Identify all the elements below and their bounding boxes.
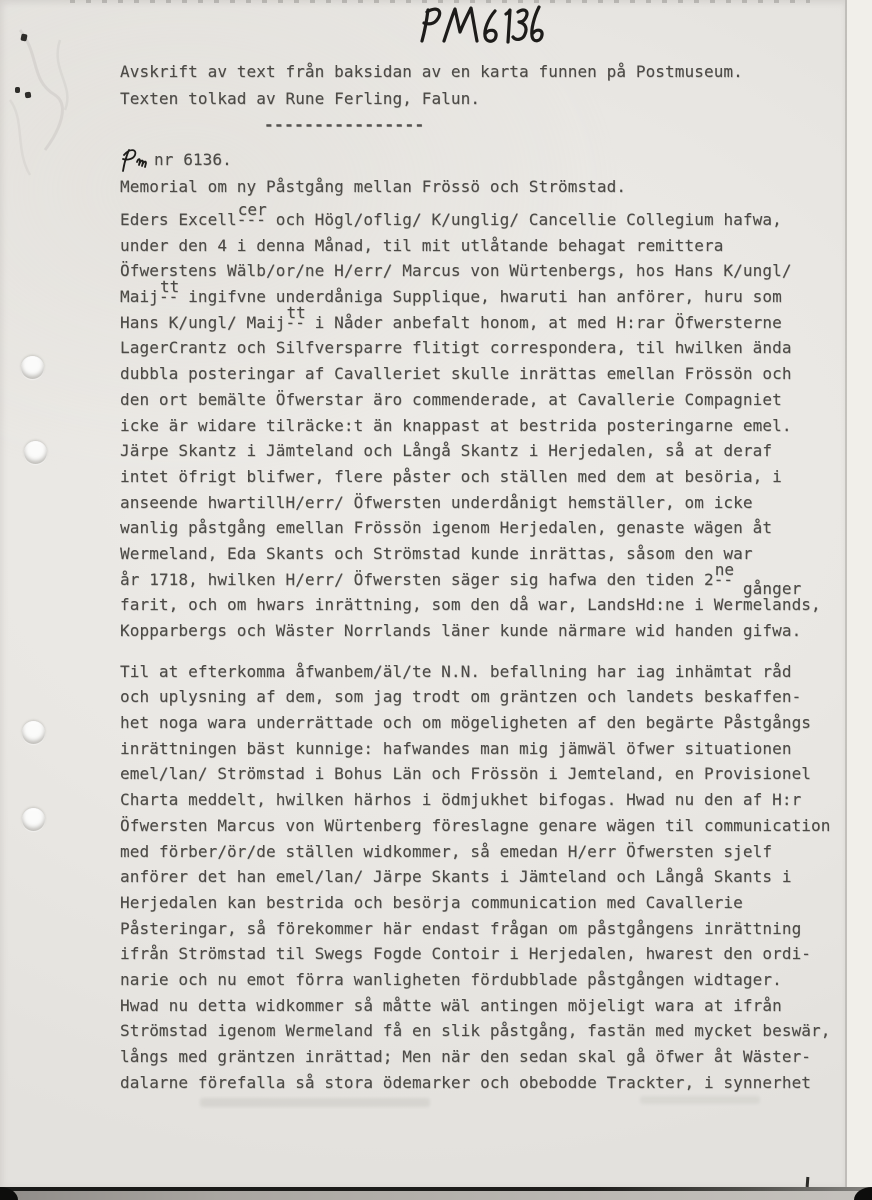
punch-hole [22, 721, 45, 744]
typewritten-line: under den 4 i denna Månad, til mit utlåt… [120, 233, 860, 259]
typewritten-line: Järpe Skantz i Jämteland och Långå Skant… [120, 438, 860, 464]
punch-hole [22, 808, 45, 831]
ghost-text-smudge [640, 1096, 760, 1104]
typewritten-line: med förber/ör/de ställen widkommer, så e… [120, 839, 860, 865]
typewritten-line: anseende hwartillH/err/ Öfwersten underd… [120, 490, 860, 516]
scanned-document-page: Avskrift av text från baksidan av en kar… [0, 0, 872, 1200]
intro-line-1: Avskrift av text från baksidan av en kar… [120, 62, 743, 81]
typewritten-line: år 1718, hwilken H/err/ Öfwersten säger … [120, 567, 860, 593]
ghost-text-smudge [200, 1098, 430, 1107]
typewritten-line: Maij--tt ingifvne underdåniga Supplique,… [120, 284, 860, 310]
staple-mark [15, 87, 20, 93]
handwritten-pm-number [413, 3, 547, 47]
intro-line-2: Texten tolkad av Rune Ferling, Falun. [120, 89, 480, 108]
typewritten-line: Eders Excell---cer och Högl/oflig/ K/ung… [120, 207, 860, 233]
paragraph: Eders Excell---cer och Högl/oflig/ K/ung… [120, 207, 860, 644]
typewritten-line: Charta meddelt, hwilken härhos i ödmjukh… [120, 787, 860, 813]
crease-marks [0, 0, 140, 220]
superscript-abbreviation: --tt [285, 310, 304, 336]
document-body: Eders Excell---cer och Högl/oflig/ K/ung… [120, 207, 860, 1095]
separator-dashes: ---------------- [264, 115, 425, 134]
typewritten-line: Hans K/ungl/ Maij--tt i Nåder anbefalt h… [120, 310, 860, 336]
typewritten-line: Kopparbergs och Wäster Norrlands läner k… [120, 618, 860, 644]
typewritten-line: anförer det han emel/lan/ Järpe Skants i… [120, 864, 860, 890]
typewritten-line: intet öfrigt blifwer, flere påster och s… [120, 464, 860, 490]
pm-number-label: nr 6136. [154, 150, 232, 169]
typewritten-line: Påsteringar, så förekommer här endast fr… [120, 916, 860, 942]
typewritten-line: den ort bemälte Öfwerstar äro commendera… [120, 387, 860, 413]
scanner-background-bottom [0, 1191, 872, 1200]
typewritten-line: dalarne förefalla så stora ödemarker och… [120, 1070, 860, 1096]
staple-mark [25, 92, 32, 99]
typewritten-line: Wermeland, Eda Skants och Strömstad kund… [120, 541, 860, 567]
paragraph: Til at efterkomma åfwanbem/äl/te N.N. be… [120, 659, 860, 1096]
typewritten-line: LagerCrantz och Silfversparre flitigt co… [120, 335, 860, 361]
typewritten-line: dubbla posteringar af Cavalleriet skulle… [120, 361, 860, 387]
typewritten-line: narie och nu emot förra wanligheten förd… [120, 967, 860, 993]
typewritten-line: Öfwerstens Wälb/or/ne H/err/ Marcus von … [120, 258, 860, 284]
typewritten-line: Herjedalen kan bestrida och besörja comm… [120, 890, 860, 916]
typewritten-line: Strömstad igenom Wermeland få en slik på… [120, 1018, 860, 1044]
typewritten-line: wanlig påstgång emellan Frössön igenom H… [120, 515, 860, 541]
typewritten-line: Öfwersten Marcus von Würtenberg föreslag… [120, 813, 860, 839]
typewritten-line: emel/lan/ Strömstad i Bohus Län och Frös… [120, 761, 860, 787]
typewritten-line: långs med gräntzen inrättad; Men när den… [120, 1044, 860, 1070]
typewritten-line: ifrån Strömstad til Swegs Fogde Contoir … [120, 941, 860, 967]
punch-hole [21, 356, 44, 379]
dropped-word: gånger [733, 579, 801, 598]
typewritten-line: Til at efterkomma åfwanbem/äl/te N.N. be… [120, 659, 860, 685]
typewritten-line: het noga wara underrättade och om mögeli… [120, 710, 860, 736]
superscript-abbreviation: --ne [714, 567, 733, 593]
typewritten-line: Hwad nu detta widkommer så måtte wäl ant… [120, 993, 860, 1019]
typewritten-line: inrättningen bäst kunnige: hafwandes man… [120, 736, 860, 762]
superscript-abbreviation: --tt [159, 284, 178, 310]
typewritten-line: icke är widare tilräcke:t än knappast at… [120, 413, 860, 439]
memorial-title: Memorial om ny Påstgång mellan Frössö oc… [120, 177, 626, 196]
handwritten-pm-prefix [117, 147, 153, 175]
superscript-abbreviation: ---cer [237, 207, 266, 233]
typewritten-line: och uplysning af dem, som jag trodt om g… [120, 684, 860, 710]
punch-hole [24, 441, 47, 464]
